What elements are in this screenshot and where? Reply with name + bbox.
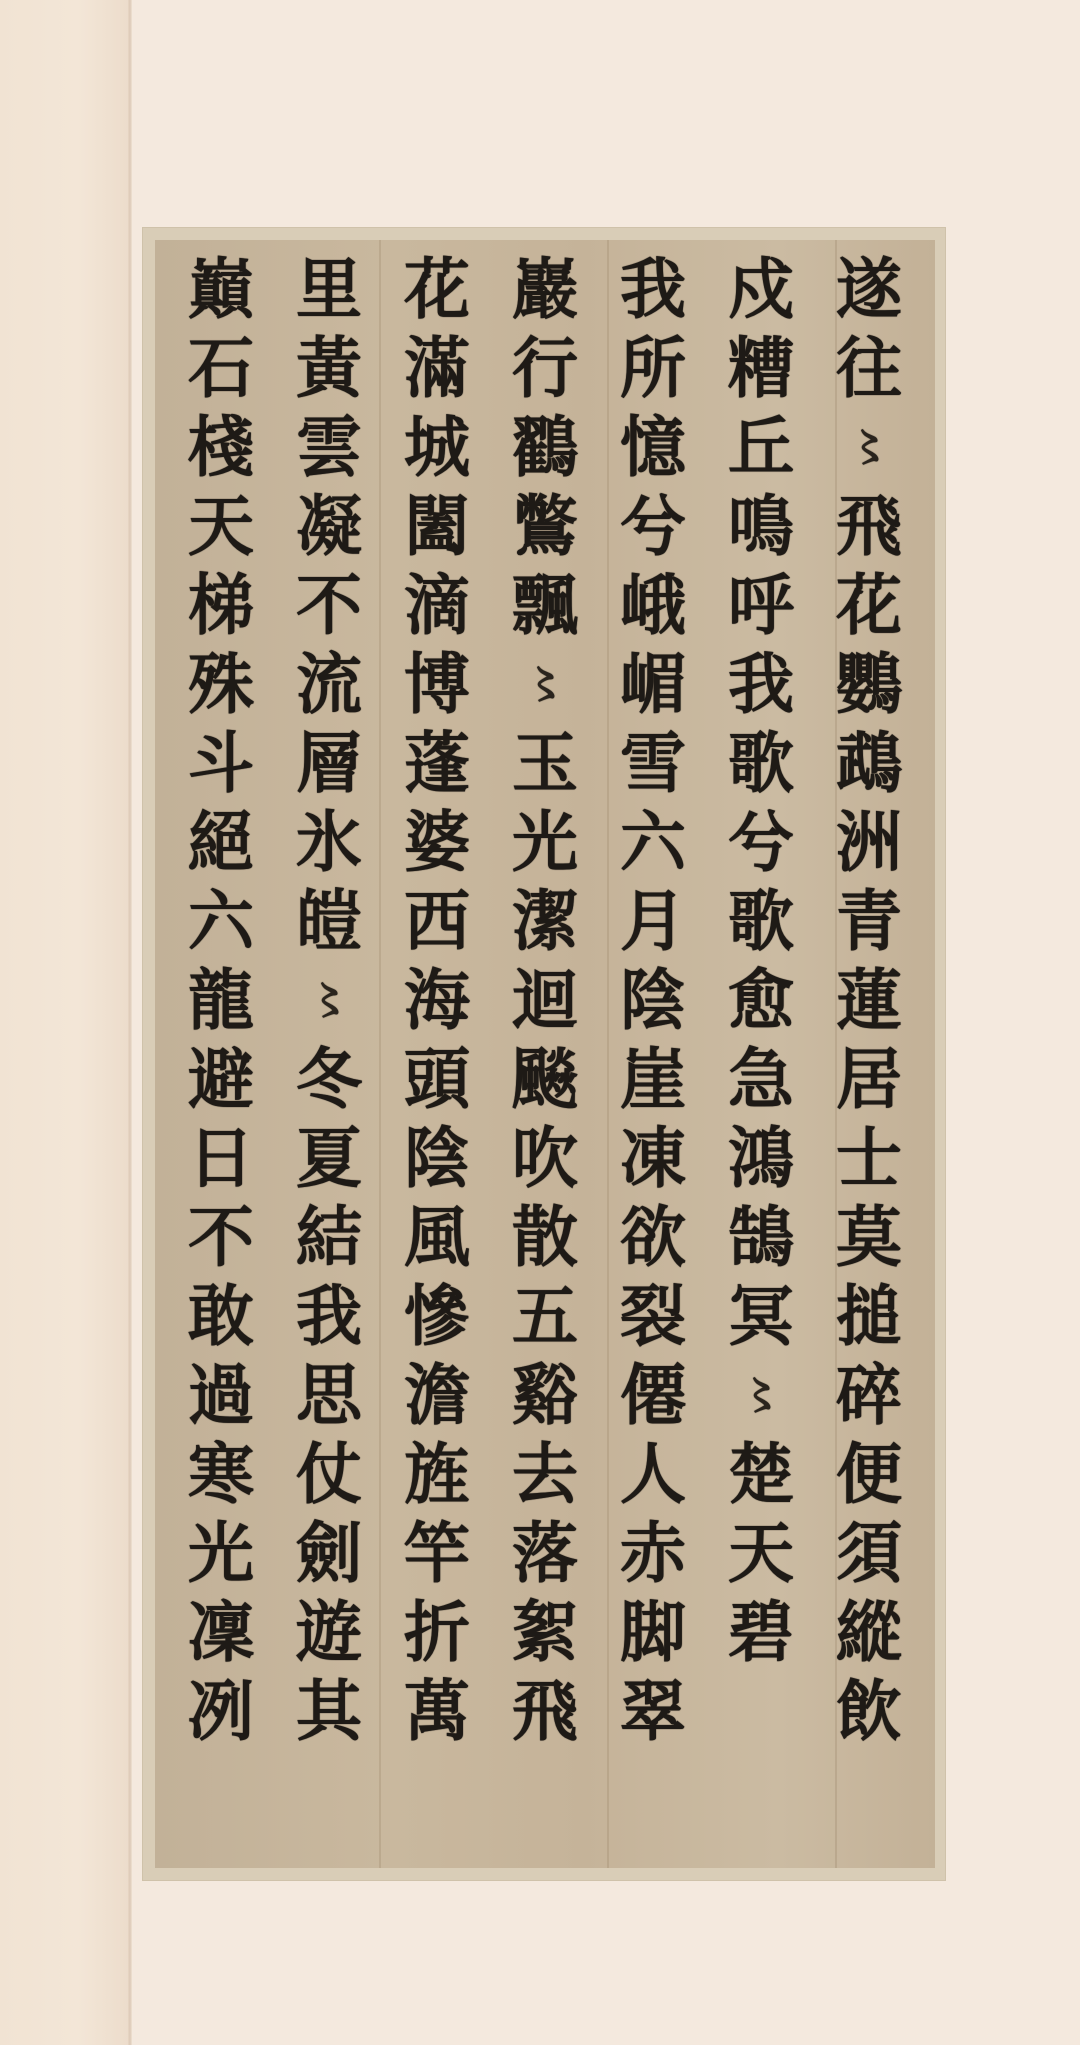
character: 龍: [188, 961, 254, 1040]
character: 折: [404, 1593, 470, 1672]
text-columns: 遂往〻飛花鸚鵡洲青蓮居士莫搥碎便須縱飲戍糟丘鳴呼我歌兮歌愈急鴻鵠冥〻楚天碧我所憶…: [155, 240, 935, 1868]
character: 兮: [728, 803, 794, 882]
text-column-6: 里黃雲凝不流層氷皚〻冬夏結我思仗劍遊其: [275, 250, 383, 1868]
character: 凍: [620, 1119, 686, 1198]
character: 仗: [296, 1435, 362, 1514]
character: 縱: [836, 1593, 902, 1672]
character: 脚: [620, 1593, 686, 1672]
character: 五: [512, 1277, 578, 1356]
character: 凜: [188, 1593, 254, 1672]
character: 夏: [296, 1119, 362, 1198]
character: 黃: [296, 329, 362, 408]
character: 僊: [620, 1356, 686, 1435]
character: 海: [404, 961, 470, 1040]
character: 所: [620, 329, 686, 408]
character: 鵡: [836, 724, 902, 803]
character: 赤: [620, 1514, 686, 1593]
character: 行: [512, 329, 578, 408]
character: 呼: [728, 566, 794, 645]
character: 天: [188, 487, 254, 566]
calligraphy-paper: 遂往〻飛花鸚鵡洲青蓮居士莫搥碎便須縱飲戍糟丘鳴呼我歌兮歌愈急鴻鵠冥〻楚天碧我所憶…: [155, 240, 935, 1868]
character: 裂: [620, 1277, 686, 1356]
character: 里: [296, 250, 362, 329]
character: 結: [296, 1198, 362, 1277]
character: 歌: [728, 724, 794, 803]
character: 崖: [620, 1040, 686, 1119]
character: 歌: [728, 882, 794, 961]
character: 光: [512, 803, 578, 882]
character: 碎: [836, 1356, 902, 1435]
character: 巔: [188, 250, 254, 329]
character: 峨: [620, 566, 686, 645]
character: 散: [512, 1198, 578, 1277]
character: 冽: [188, 1672, 254, 1751]
character: 其: [296, 1672, 362, 1751]
character: 兮: [620, 487, 686, 566]
character: 陰: [404, 1119, 470, 1198]
character: 花: [404, 250, 470, 329]
character: 落: [512, 1514, 578, 1593]
character: 過: [188, 1356, 254, 1435]
character: 劍: [296, 1514, 362, 1593]
character: 人: [620, 1435, 686, 1514]
character: 翠: [620, 1672, 686, 1751]
character: 日: [188, 1119, 254, 1198]
character: 須: [836, 1514, 902, 1593]
character: 氷: [296, 803, 362, 882]
character: 滿: [404, 329, 470, 408]
character: 避: [188, 1040, 254, 1119]
text-column-5: 花滿城闔滴博蓬婆西海頭陰風慘澹旌竿折萬: [383, 250, 491, 1868]
character: 棧: [188, 408, 254, 487]
character: 遊: [296, 1593, 362, 1672]
character: 冥: [728, 1277, 794, 1356]
character: 博: [404, 645, 470, 724]
character: 楚: [728, 1435, 794, 1514]
character: 便: [836, 1435, 902, 1514]
character: 梯: [188, 566, 254, 645]
character: 月: [620, 882, 686, 961]
character: 凝: [296, 487, 362, 566]
character: 闔: [404, 487, 470, 566]
character: 我: [620, 250, 686, 329]
character: 皚: [296, 882, 362, 961]
character: 糟: [728, 329, 794, 408]
character: 萬: [404, 1672, 470, 1751]
repetition-mark: 〻: [741, 1356, 781, 1435]
character: 旌: [404, 1435, 470, 1514]
text-column-4: 巖行鸐鷩飄〻玉光潔迴飈吹散五谿去落絮飛: [491, 250, 599, 1868]
character: 鸐: [512, 408, 578, 487]
character: 遂: [836, 250, 902, 329]
character: 婆: [404, 803, 470, 882]
character: 青: [836, 882, 902, 961]
character: 搥: [836, 1277, 902, 1356]
character: 陰: [620, 961, 686, 1040]
character: 澹: [404, 1356, 470, 1435]
character: 石: [188, 329, 254, 408]
character: 鴻: [728, 1119, 794, 1198]
character: 迴: [512, 961, 578, 1040]
character: 斗: [188, 724, 254, 803]
repetition-mark: 〻: [849, 408, 889, 487]
character: 頭: [404, 1040, 470, 1119]
character: 不: [296, 566, 362, 645]
character: 丘: [728, 408, 794, 487]
character: 飈: [512, 1040, 578, 1119]
repetition-mark: 〻: [525, 645, 565, 724]
character: 絮: [512, 1593, 578, 1672]
character: 竿: [404, 1514, 470, 1593]
text-column-1: 遂往〻飛花鸚鵡洲青蓮居士莫搥碎便須縱飲: [815, 250, 923, 1868]
character: 巖: [512, 250, 578, 329]
character: 嵋: [620, 645, 686, 724]
character: 寒: [188, 1435, 254, 1514]
character: 潔: [512, 882, 578, 961]
character: 思: [296, 1356, 362, 1435]
character: 我: [728, 645, 794, 724]
character: 六: [188, 882, 254, 961]
character: 滴: [404, 566, 470, 645]
character: 敢: [188, 1277, 254, 1356]
character: 鳴: [728, 487, 794, 566]
character: 冬: [296, 1040, 362, 1119]
character: 風: [404, 1198, 470, 1277]
character: 層: [296, 724, 362, 803]
character: 往: [836, 329, 902, 408]
character: 鵠: [728, 1198, 794, 1277]
character: 莫: [836, 1198, 902, 1277]
character: 飛: [836, 487, 902, 566]
character: 雲: [296, 408, 362, 487]
character: 鸚: [836, 645, 902, 724]
character: 絕: [188, 803, 254, 882]
mount-left-panel: [0, 0, 130, 2045]
text-column-2: 戍糟丘鳴呼我歌兮歌愈急鴻鵠冥〻楚天碧: [707, 250, 815, 1868]
character: 戍: [728, 250, 794, 329]
character: 玉: [512, 724, 578, 803]
character: 居: [836, 1040, 902, 1119]
character: 鷩: [512, 487, 578, 566]
character: 吹: [512, 1119, 578, 1198]
character: 我: [296, 1277, 362, 1356]
character: 不: [188, 1198, 254, 1277]
character: 西: [404, 882, 470, 961]
character: 愈: [728, 961, 794, 1040]
repetition-mark: 〻: [309, 961, 349, 1040]
character: 慘: [404, 1277, 470, 1356]
character: 飛: [512, 1672, 578, 1751]
character: 蓮: [836, 961, 902, 1040]
character: 憶: [620, 408, 686, 487]
character: 花: [836, 566, 902, 645]
character: 士: [836, 1119, 902, 1198]
character: 飲: [836, 1672, 902, 1751]
character: 急: [728, 1040, 794, 1119]
character: 天: [728, 1514, 794, 1593]
text-column-3: 我所憶兮峨嵋雪六月陰崖凍欲裂僊人赤脚翠: [599, 250, 707, 1868]
character: 殊: [188, 645, 254, 724]
character: 六: [620, 803, 686, 882]
character: 谿: [512, 1356, 578, 1435]
character: 洲: [836, 803, 902, 882]
character: 光: [188, 1514, 254, 1593]
text-column-7: 巔石棧天梯殊斗絕六龍避日不敢過寒光凜冽: [167, 250, 275, 1868]
character: 欲: [620, 1198, 686, 1277]
character: 雪: [620, 724, 686, 803]
character: 流: [296, 645, 362, 724]
character: 城: [404, 408, 470, 487]
character: 蓬: [404, 724, 470, 803]
character: 飄: [512, 566, 578, 645]
character: 去: [512, 1435, 578, 1514]
character: 碧: [728, 1593, 794, 1672]
